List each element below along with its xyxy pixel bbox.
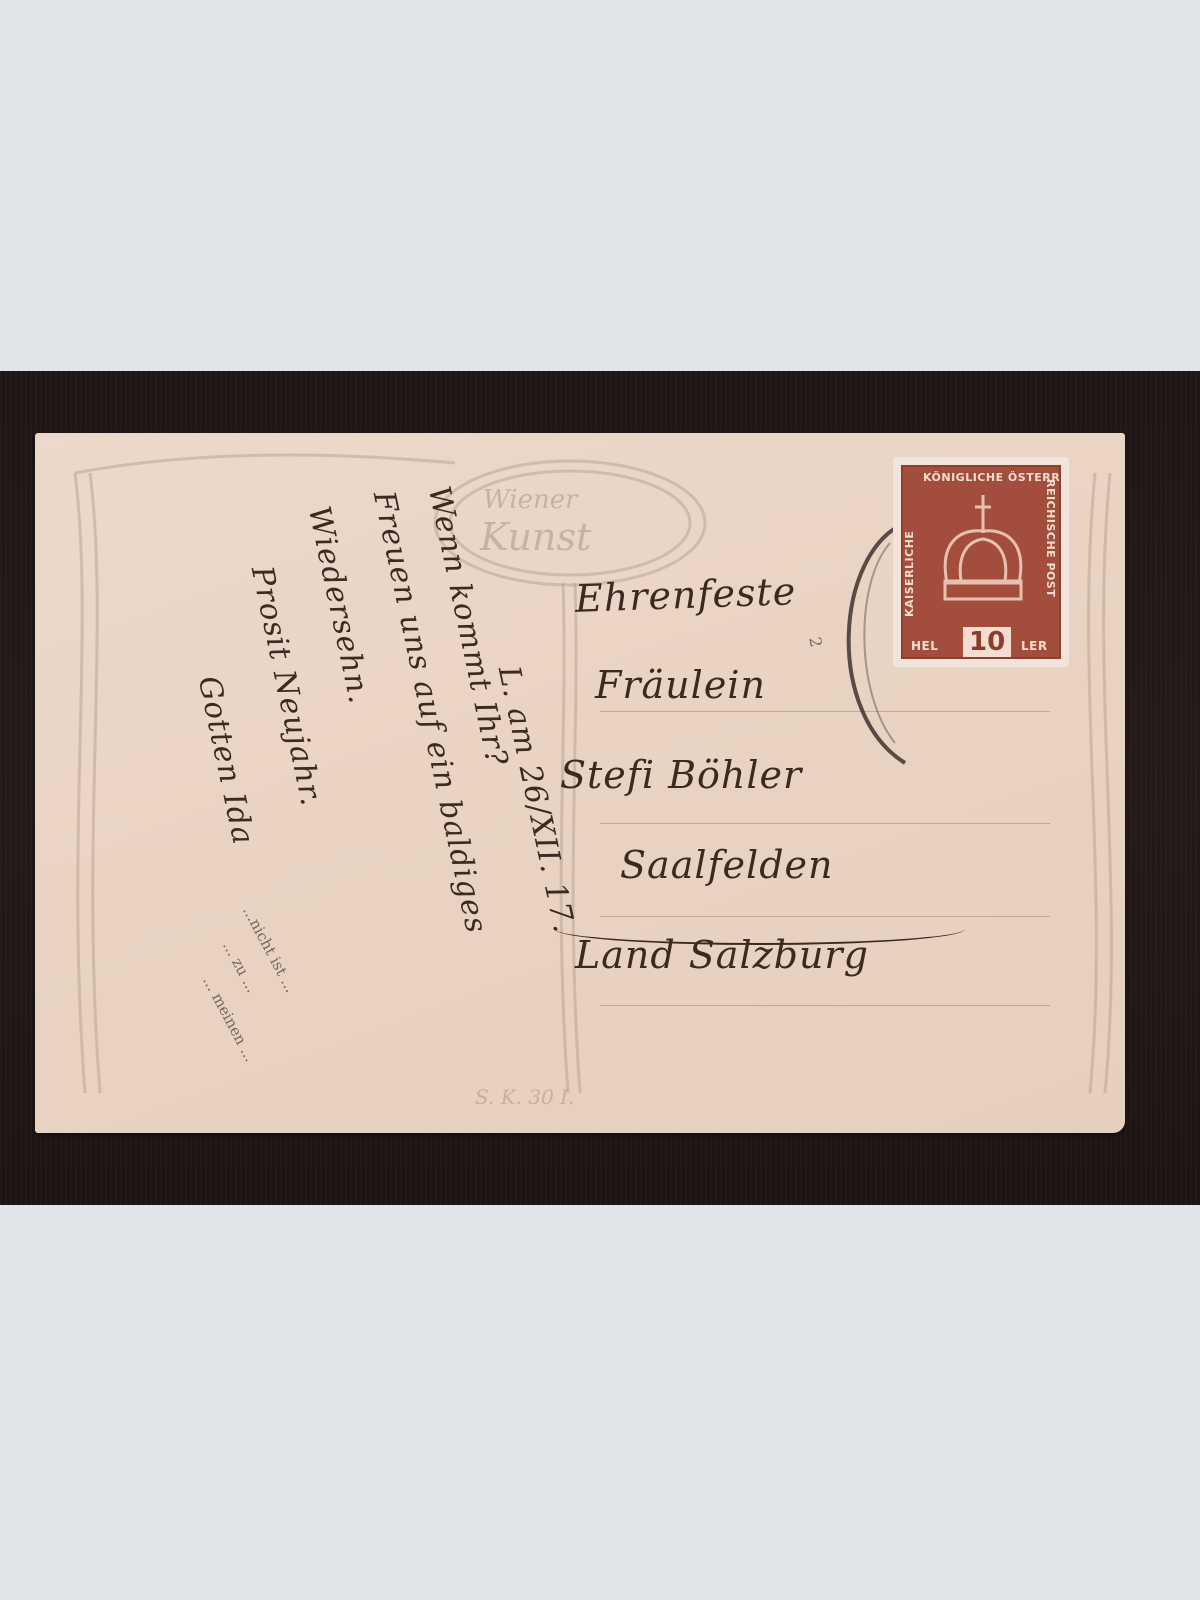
stamp-inscription-right: REICHISCHE POST — [1044, 479, 1057, 597]
stamp-inscription-top: KÖNIGLICHE ÖSTERR — [923, 471, 1060, 484]
vignette-text-wiener: Wiener — [483, 485, 578, 515]
stamp-unit-right: LER — [1021, 639, 1048, 653]
address-line-town: Saalfelden — [620, 843, 834, 887]
postcard: Wiener Kunst S. K. 30 I. Ehrenfeste Fräu… — [35, 433, 1125, 1133]
address-line-region: Land Salzburg — [575, 933, 869, 977]
crown-icon — [929, 493, 1037, 613]
vignette-text-kunst: Kunst — [480, 515, 591, 559]
stamp-unit-left: HEL — [911, 639, 938, 653]
address-rule — [600, 1005, 1050, 1006]
postage-stamp: KÖNIGLICHE ÖSTERR KAISERLICHE REICHISCHE… — [893, 457, 1069, 667]
series-code: S. K. 30 I. — [475, 1085, 574, 1109]
address-line-name: Stefi Böhler — [560, 753, 802, 797]
postcard-photo: Wiener Kunst S. K. 30 I. Ehrenfeste Fräu… — [0, 371, 1200, 1205]
address-rule — [600, 823, 1050, 824]
address-line-salutation: Ehrenfeste — [574, 569, 797, 621]
stamp-denomination: 10 — [963, 627, 1011, 657]
stamp-inscription-left: KAISERLICHE — [903, 531, 916, 617]
address-line-title: Fräulein — [595, 663, 766, 707]
